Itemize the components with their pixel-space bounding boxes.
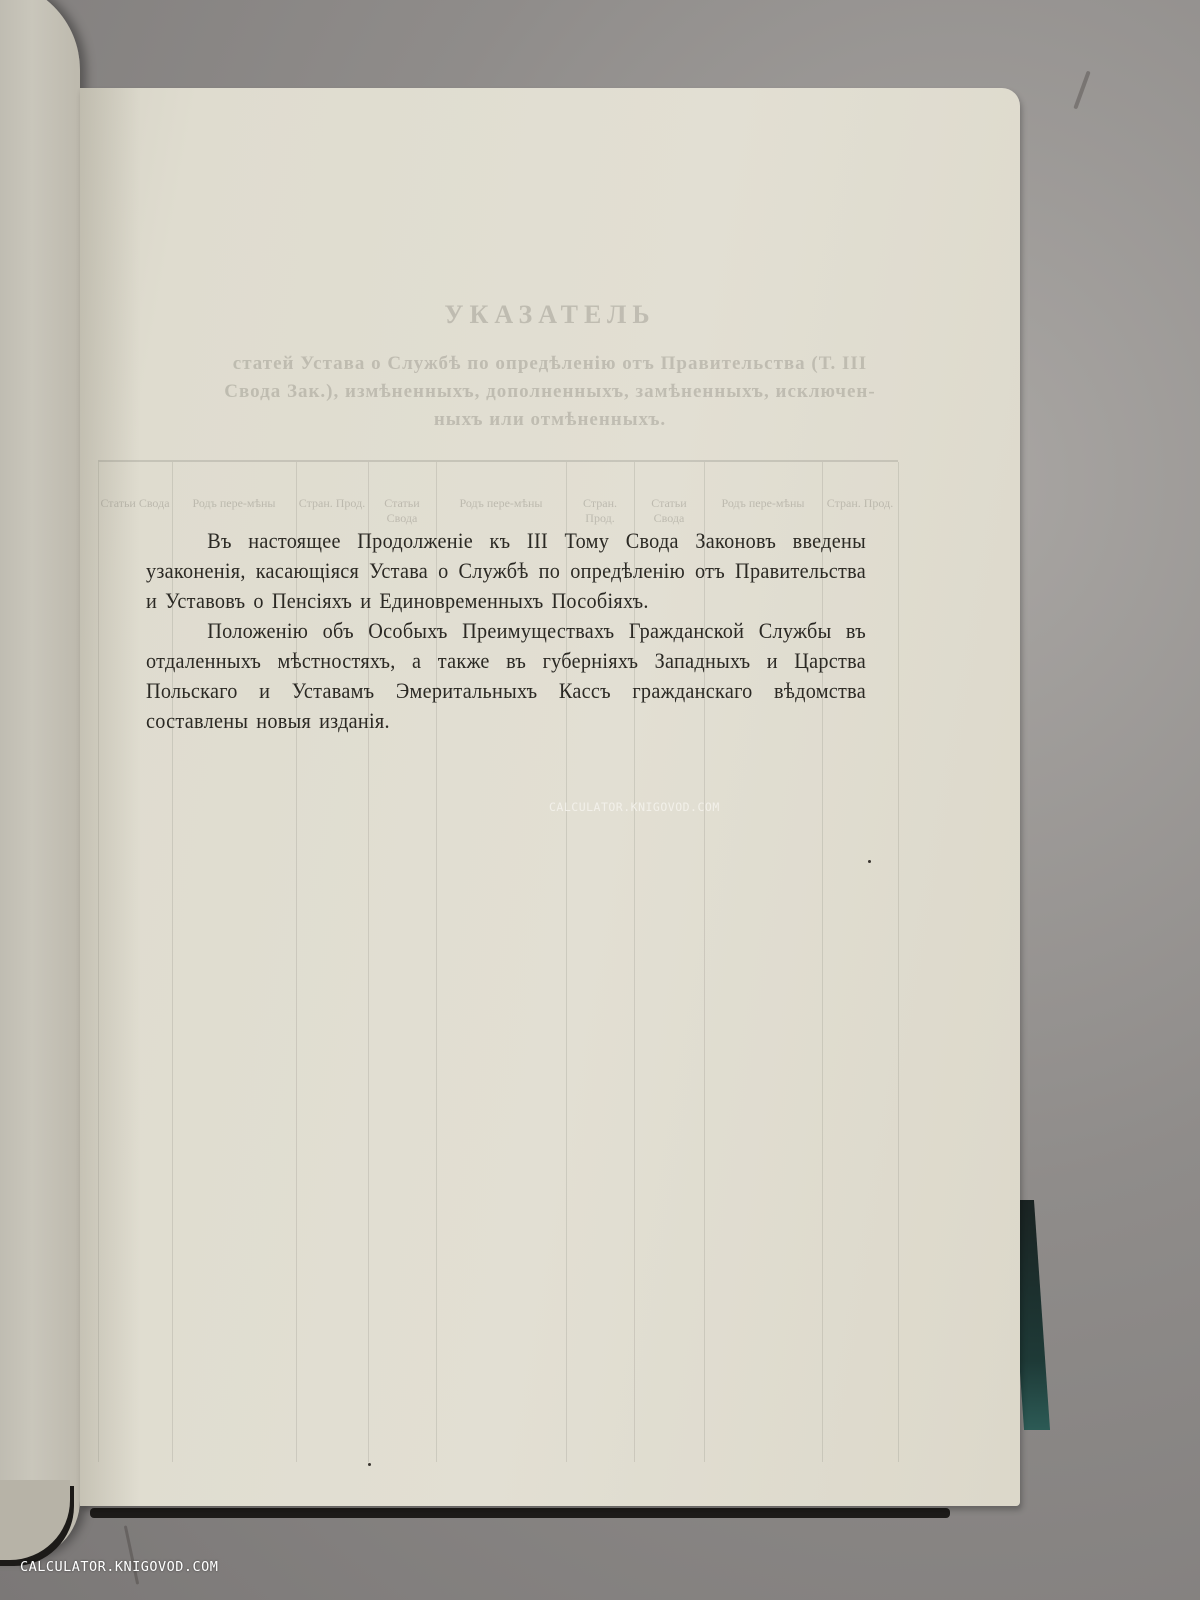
bleed-through-header: Стран. Прод. <box>568 496 632 526</box>
bleed-through-header: Стран. Прод. <box>298 496 366 511</box>
facing-page-corner <box>0 1480 70 1560</box>
watermark-center: CALCULATOR.KNIGOVOD.COM <box>549 800 720 814</box>
bleed-through-title: УКАЗАТЕЛЬ <box>80 300 1020 330</box>
bleed-through-subtitle: статей Устава о Службѣ по опредѣленію от… <box>100 350 1000 434</box>
surface-crease <box>1073 71 1090 110</box>
bleed-through-header: Статьи Свода <box>370 496 434 526</box>
printed-text: Въ настоящее Продолженіе къ III Тому Сво… <box>146 526 866 736</box>
bleed-through-subtitle-line: статей Устава о Службѣ по опредѣленію от… <box>100 350 1000 378</box>
paragraph-2: Положенію объ Особыхъ Преимуществахъ Гра… <box>146 616 866 736</box>
surface-crease <box>124 1525 139 1584</box>
bleed-through-header: Статьи Свода <box>100 496 170 511</box>
facing-page-edge <box>0 0 80 1560</box>
bleed-through-header: Родъ пере-мѣны <box>438 496 564 511</box>
table-rule <box>898 462 899 1462</box>
bleed-through-header: Стран. Прод. <box>824 496 896 511</box>
paper-speck <box>868 860 871 863</box>
bleed-through-subtitle-line: ныхъ или отмѣненныхъ. <box>100 406 1000 434</box>
paper-speck <box>368 1463 371 1466</box>
bleed-through-subtitle-line: Свода Зак.), измѣненныхъ, дополненныхъ, … <box>100 378 1000 406</box>
bleed-through-header: Статьи Свода <box>636 496 702 526</box>
table-rule <box>98 462 99 1462</box>
book-page: УКАЗАТЕЛЬ статей Устава о Службѣ по опре… <box>80 88 1020 1506</box>
paragraph-1: Въ настоящее Продолженіе къ III Тому Сво… <box>146 526 866 616</box>
book-bottom-edge <box>90 1508 950 1518</box>
bleed-through-header: Родъ пере-мѣны <box>174 496 294 511</box>
bleed-through-header: Родъ пере-мѣны <box>706 496 820 511</box>
watermark-corner: CALCULATOR.KNIGOVOD.COM <box>20 1559 218 1575</box>
